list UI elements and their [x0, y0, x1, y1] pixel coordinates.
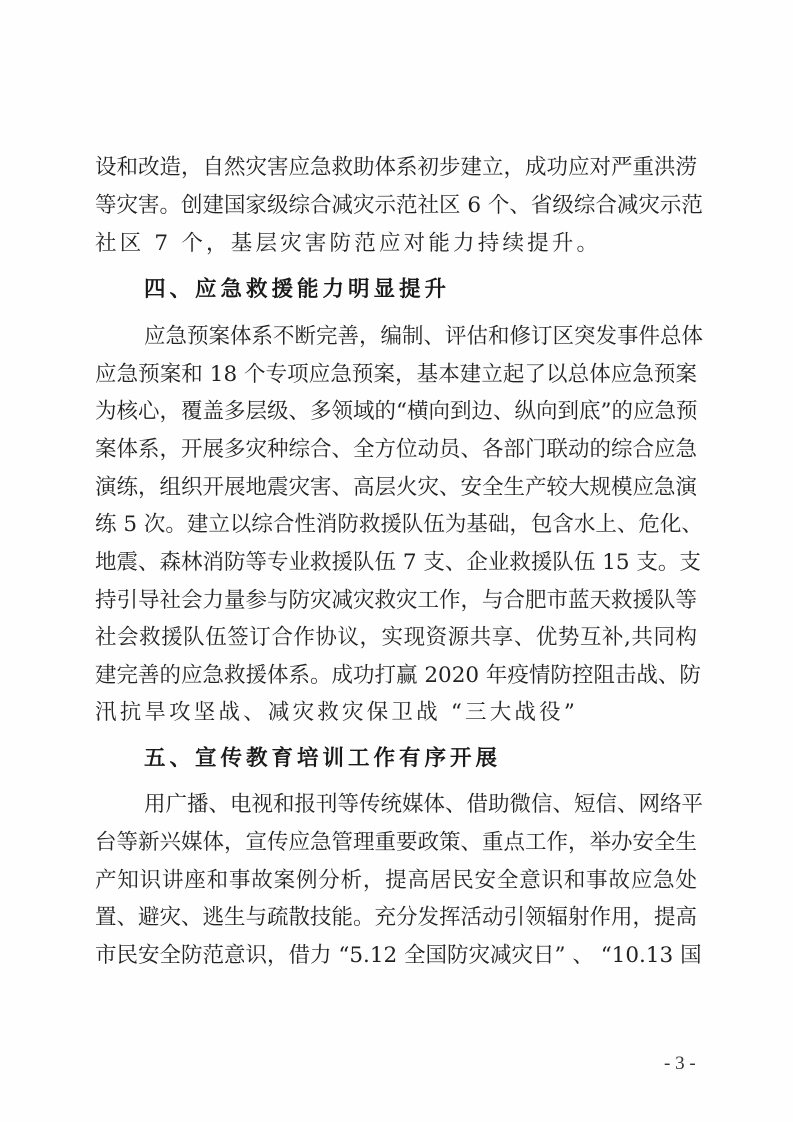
- paragraph-line: 演练，组织开展地震灾害、高层火灾、安全生产较大规模应急演: [95, 473, 697, 503]
- paragraph-line: 建完善的应急救援体系。成功打赢 2020 年疫情防控阻击战、防: [95, 661, 697, 691]
- section-heading-4: 四、应急救援能力明显提升: [144, 275, 450, 305]
- paragraph-line: 持引导社会力量参与防灾减灾救灾工作，与合肥市蓝天救援队等: [95, 586, 697, 616]
- paragraph-line: 练 5 次。建立以综合性消防救援队伍为基础，包含水上、危化、: [95, 510, 697, 540]
- paragraph-line: 产知识讲座和事故案例分析，提高居民安全意识和事故应急处: [95, 866, 697, 896]
- paragraph-line: 设和改造，自然灾害应急救助体系初步建立，成功应对严重洪涝: [95, 153, 697, 183]
- paragraph-line: 汛抗旱攻坚战、减灾救灾保卫战 “三大战役”: [95, 698, 697, 728]
- paragraph-line: 地震、森林消防等专业救援队伍 7 支、企业救援队伍 15 支。支: [95, 548, 697, 578]
- paragraph-line: 应急预案和 18 个专项应急预案，基本建立起了以总体应急预案: [95, 360, 697, 390]
- section-heading-5: 五、宣传教育培训工作有序开展: [144, 744, 501, 774]
- paragraph-line: 应急预案体系不断完善，编制、评估和修订区突发事件总体: [144, 322, 697, 352]
- paragraph-line: 置、避灾、逃生与疏散技能。充分发挥活动引领辐射作用，提高: [95, 903, 697, 933]
- paragraph-line: 等灾害。创建国家级综合减灾示范社区 6 个、省级综合减灾示范: [95, 191, 697, 221]
- paragraph-line: 台等新兴媒体，宣传应急管理重要政策、重点工作，举办安全生: [95, 828, 697, 858]
- paragraph-line: 市民安全防范意识，借力 “5.12 全国防灾减灾日” 、 “10.13 国: [95, 941, 697, 971]
- document-page: 设和改造，自然灾害应急救助体系初步建立，成功应对严重洪涝 等灾害。创建国家级综合…: [0, 0, 793, 1122]
- paragraph-line: 案体系，开展多灾种综合、全方位动员、各部门联动的综合应急: [95, 435, 697, 465]
- paragraph-line: 用广播、电视和报刊等传统媒体、借助微信、短信、网络平: [144, 790, 697, 820]
- paragraph-line: 为核心，覆盖多层级、多领域的“横向到边、纵向到底”的应急预: [95, 397, 697, 427]
- page-number: - 3 -: [664, 1052, 696, 1076]
- paragraph-line: 社区 7 个，基层灾害防范应对能力持续提升。: [95, 229, 697, 259]
- paragraph-line: 社会救援队伍签订合作协议，实现资源共享、优势互补,共同构: [95, 623, 697, 653]
